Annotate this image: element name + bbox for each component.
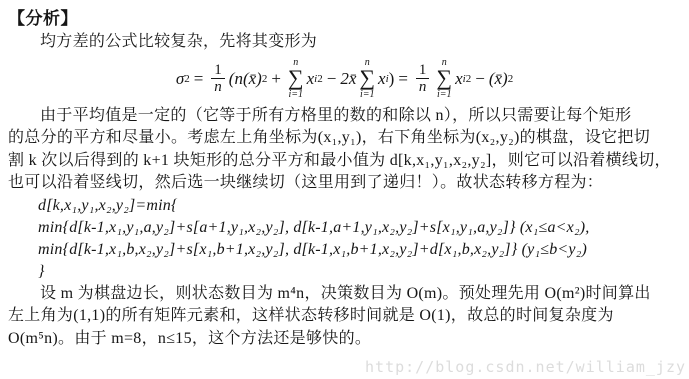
document-page: 【分析】 均方差的公式比较复杂，先将其变形为 σ2 = 1 n (n(x̄)2 … [0, 0, 689, 350]
equation-line: min{d[k-1,x₁,y₁,a,y₂]+s[a+1,y₁,x₂,y₂], d… [8, 217, 681, 239]
text-line: 由于平均值是一定的（它等于所有方格里的数的和除以 n），所以只需要让每个矩形 [8, 105, 681, 128]
equation-line: min{d[k-1,x₁,b,x₂,y₂]+s[x₁,b+1,x₂,y₂], d… [8, 239, 681, 261]
summation-operator: n ∑ i=1 [359, 57, 375, 100]
equation-line: d[k,x₁,y₁,x₂,y₂]=min{ [8, 195, 681, 217]
minus-sign: − [475, 69, 485, 89]
text-line: 左上角为(1,1)的所有矩阵元素和，这样状态转移时间就是 O(1)，故总的时间复… [8, 305, 681, 328]
text-line: 设 m 为棋盘边长，则状态数目为 m⁴n，决策数目为 O(m)。预处理先用 O(… [8, 283, 681, 306]
fraction-one-over-n: 1 n [416, 62, 430, 96]
equals-sign: = [194, 69, 204, 89]
x-exponent: 2 [317, 73, 323, 85]
text-line: O(m⁵n)。由于 m=8，n≤15，这个方法还是够快的。 [8, 328, 681, 351]
equation-line: } [8, 261, 681, 283]
variance-formula: σ2 = 1 n (n(x̄)2 + n ∑ i=1 xi2 − 2x̄ n ∑… [8, 55, 681, 103]
intro-line: 均方差的公式比较复杂，先将其变形为 [8, 31, 681, 54]
summation-operator: n ∑ i=1 [288, 57, 304, 100]
sum-lower-limit: i=1 [360, 89, 375, 100]
text-line: 割 k 次以后得到的 k+1 块矩形的总分平方和最小值为 d[k,x₁,y₁,x… [8, 150, 681, 173]
paragraph-analysis: 由于平均值是一定的（它等于所有方格里的数的和除以 n），所以只需要让每个矩形 的… [8, 105, 681, 195]
fraction-denominator: n [416, 79, 430, 96]
coefficient-2xbar: 2x̄ [340, 69, 356, 89]
sigma-sum-icon: ∑ [436, 68, 452, 89]
x-variable: x [378, 69, 386, 89]
state-transfer-equations: d[k,x₁,y₁,x₂,y₂]=min{ min{d[k-1,x₁,y₁,a,… [8, 195, 681, 283]
sigma-sum-icon: ∑ [288, 68, 304, 89]
fraction-one-over-n: 1 n [211, 62, 225, 96]
plus-sign: + [271, 69, 281, 89]
section-heading-analysis: 【分析】 [8, 7, 681, 31]
sigma-symbol: σ [176, 69, 184, 89]
sigma-sum-icon: ∑ [359, 68, 375, 89]
summation-operator: n ∑ i=1 [436, 57, 452, 100]
x-variable: x [455, 69, 463, 89]
fraction-denominator: n [211, 79, 225, 96]
fraction-numerator: 1 [211, 62, 225, 80]
sum-lower-limit: i=1 [289, 89, 304, 100]
fraction-numerator: 1 [416, 62, 430, 80]
paragraph-complexity: 设 m 为棋盘边长，则状态数目为 m⁴n，决策数目为 O(m)。预处理先用 O(… [8, 283, 681, 351]
close-paren: ) [389, 69, 395, 89]
xbar-term: (x̄) [489, 69, 508, 89]
minus-sign: − [327, 69, 337, 89]
sigma-exponent: 2 [184, 73, 190, 85]
sum-lower-limit: i=1 [437, 89, 452, 100]
term-n-xbar: (n(x̄) [229, 69, 262, 89]
xbar-exponent: 2 [508, 73, 514, 85]
x-variable: x [307, 69, 315, 89]
text-line: 也可以沿着竖线切，然后选一块继续切（这里用到了递归！）。故状态转移方程为： [8, 172, 681, 195]
equals-sign: = [398, 69, 408, 89]
x-exponent: 2 [466, 73, 472, 85]
term-exponent: 2 [262, 73, 268, 85]
text-line: 的总分的平方和尽量小。考虑左上角坐标为(x₁,y₁)，右下角坐标为(x₂,y₂)… [8, 127, 681, 150]
watermark-url: http://blog.csdn.net/william_jzy [365, 358, 686, 376]
